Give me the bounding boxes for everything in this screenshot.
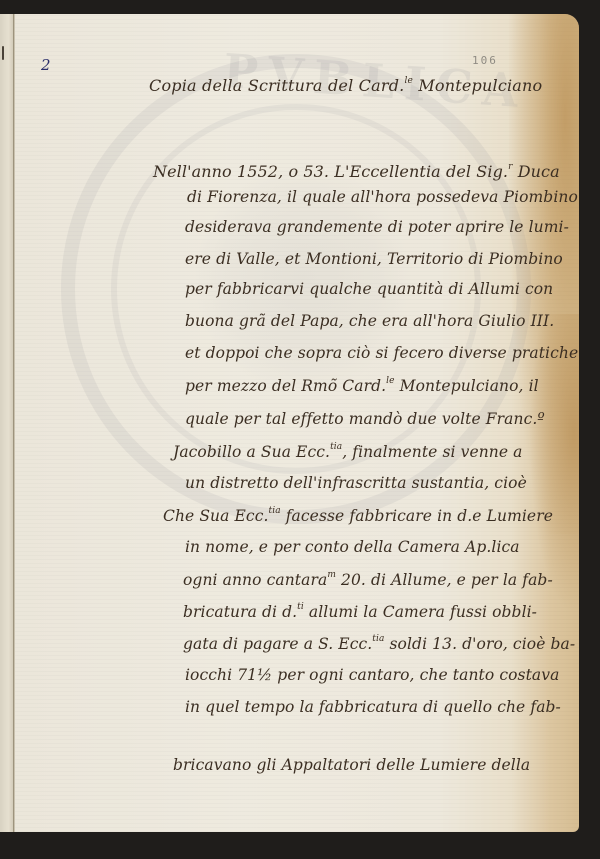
text-line-8: per mezzo del Rmõ Card.le Montepulciano,… xyxy=(185,376,539,395)
line-text: di Fiorenza, il quale all'hora possedeva… xyxy=(187,188,578,206)
text-line-6: buona grã del Papa, che era all'hora Giu… xyxy=(185,312,554,330)
title-tail: Montepulciano xyxy=(418,76,542,95)
line-text: per mezzo del Rmõ Card. xyxy=(185,377,386,395)
folio-number-left: 2 xyxy=(41,56,51,74)
line-text: per fabbricarvi qualche quantità di Allu… xyxy=(185,280,553,298)
text-line-13: in nome, e per conto della Camera Ap.lic… xyxy=(185,538,520,556)
line-tail: 20. di Allume, e per la fab- xyxy=(341,571,553,589)
text-line-19: bricavano gli Appaltatori delle Lumiere … xyxy=(173,756,530,774)
line-text: un distretto dell'infrascritta sustantia… xyxy=(185,474,527,492)
text-line-14: ogni anno cantaram 20. di Allume, e per … xyxy=(183,570,553,589)
line-text: bricatura di d. xyxy=(183,603,297,621)
title-superscript: le xyxy=(404,76,413,86)
line-tail: allumi la Camera fussi obbli- xyxy=(309,603,537,621)
text-line-15: bricatura di d.ti allumi la Camera fussi… xyxy=(183,602,537,621)
line-text: ere di Valle, et Montioni, Territorio di… xyxy=(185,250,563,268)
line-text: Jacobillo a Sua Ecc. xyxy=(173,443,330,461)
line-text: quale per tal effetto mandò due volte Fr… xyxy=(185,410,545,428)
line-superscript: ti xyxy=(297,602,304,612)
line-text: iocchi 71½ per ogni cantaro, che tanto c… xyxy=(185,666,559,684)
text-line-16: gata di pagare a S. Ecc.tia soldi 13. d'… xyxy=(183,634,575,653)
folio-number-stamped: 106 xyxy=(472,54,498,67)
previous-page-mark xyxy=(2,46,4,60)
line-text: Che Sua Ecc. xyxy=(163,507,269,525)
line-tail: , finalmente si venne a xyxy=(342,443,522,461)
binding-fold-line xyxy=(13,14,14,832)
line-text: et doppoi che sopra ciò si fecero divers… xyxy=(185,344,578,362)
line-tail: soldi 13. d'oro, cioè ba- xyxy=(390,635,576,653)
text-line-12: Che Sua Ecc.tia facesse fabbricare in d.… xyxy=(163,506,553,525)
line-text: Nell'anno 1552, o 53. L'Eccellentia del … xyxy=(153,162,508,181)
line-text: gata di pagare a S. Ecc. xyxy=(183,635,372,653)
line-text: in nome, e per conto della Camera Ap.lic… xyxy=(185,538,520,556)
text-line-10: Jacobillo a Sua Ecc.tia, finalmente si v… xyxy=(173,442,523,461)
line-text: ogni anno cantara xyxy=(183,571,327,589)
line-text: buona grã del Papa, che era all'hora Giu… xyxy=(185,312,554,330)
line-superscript: le xyxy=(386,376,394,386)
text-line-3: desiderava grandemente di poter aprire l… xyxy=(185,218,569,236)
text-line-1: Nell'anno 1552, o 53. L'Eccellentia del … xyxy=(153,162,560,181)
document-title: Copia della Scrittura del Card.le Montep… xyxy=(149,76,542,95)
text-line-17: iocchi 71½ per ogni cantaro, che tanto c… xyxy=(185,666,559,684)
text-line-5: per fabbricarvi qualche quantità di Allu… xyxy=(185,280,553,298)
line-superscript: tia xyxy=(372,634,384,644)
text-line-18: in quel tempo la fabbricatura di quello … xyxy=(185,698,561,716)
text-line-2: di Fiorenza, il quale all'hora possedeva… xyxy=(187,188,578,206)
line-text: desiderava grandemente di poter aprire l… xyxy=(185,218,569,236)
manuscript-scan: PVBLICA 2 106 Copia della Scrittura del … xyxy=(0,0,600,859)
text-line-4: ere di Valle, et Montioni, Territorio di… xyxy=(185,250,563,268)
text-line-11: un distretto dell'infrascritta sustantia… xyxy=(185,474,527,492)
line-tail: facesse fabbricare in d.e Lumiere xyxy=(286,507,553,525)
line-text: bricavano gli Appaltatori delle Lumiere … xyxy=(173,756,530,774)
line-superscript: m xyxy=(327,570,336,580)
text-line-9: quale per tal effetto mandò due volte Fr… xyxy=(185,410,545,428)
line-superscript: tia xyxy=(330,442,342,452)
title-main: Copia della Scrittura del Card. xyxy=(149,76,404,95)
text-line-7: et doppoi che sopra ciò si fecero divers… xyxy=(185,344,578,362)
line-superscript: r xyxy=(508,162,512,172)
line-tail: Montepulciano, il xyxy=(400,377,539,395)
line-superscript: tia xyxy=(269,506,281,516)
line-text: in quel tempo la fabbricatura di quello … xyxy=(185,698,561,716)
line-tail: Duca xyxy=(518,162,560,181)
manuscript-page: PVBLICA 2 106 Copia della Scrittura del … xyxy=(13,14,579,832)
